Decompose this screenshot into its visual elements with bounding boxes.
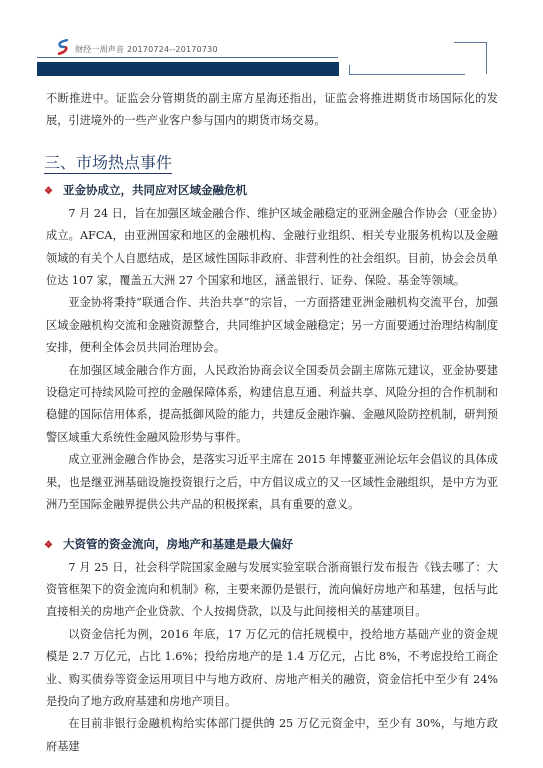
diamond-bullet-icon: ❖ [44, 186, 53, 197]
topic-heading: ❖亚金协成立，共同应对区域金融危机 [44, 179, 498, 203]
document-body: 不断推进中。证监会分管期货的副主席方星海还指出，证监会将推进期货市场国际化的发展… [46, 88, 498, 758]
paragraph: 在加强区域金融合作方面，人民政治协商会议全国委员会副主席陈元建议，亚金协要建设稳… [46, 360, 498, 450]
topic-heading: ❖大资管的资金流向，房地产和基建是最大偏好 [44, 533, 498, 557]
paragraph: 亚金协将秉持“联通合作、共治共享”的宗旨，一方面搭建亚洲金融机构交流平台，加强区… [46, 292, 498, 359]
paragraph: 成立亚洲金融合作协会，是落实习近平主席在 2015 年博鳌亚洲论坛年会倡议的具体… [46, 449, 498, 516]
header-bar [37, 62, 339, 76]
section-heading: 三、市场热点事件 [44, 151, 498, 175]
diamond-bullet-icon: ❖ [44, 540, 53, 551]
paragraph: 7 月 25 日，社会科学院国家金融与发展实验室联合浙商银行发布报告《钱去哪了：… [46, 557, 498, 624]
paragraph: 以资金信托为例，2016 年底，17 万亿元的信托规模中，投给地方基础产业的资金… [46, 624, 498, 714]
header-rule [37, 57, 338, 58]
page-number: 5 [0, 718, 543, 727]
logo-icon [56, 39, 70, 55]
header-bracket-left [349, 65, 465, 75]
intro-paragraph: 不断推进中。证监会分管期货的副主席方星海还指出，证监会将推进期货市场国际化的发展… [46, 88, 498, 133]
header-title: 财经一周声音 20170724--20170730 [75, 44, 218, 55]
paragraph: 7 月 24 日，旨在加强区域金融合作、维护区域金融稳定的亚洲金融合作协会（亚金… [46, 203, 498, 293]
